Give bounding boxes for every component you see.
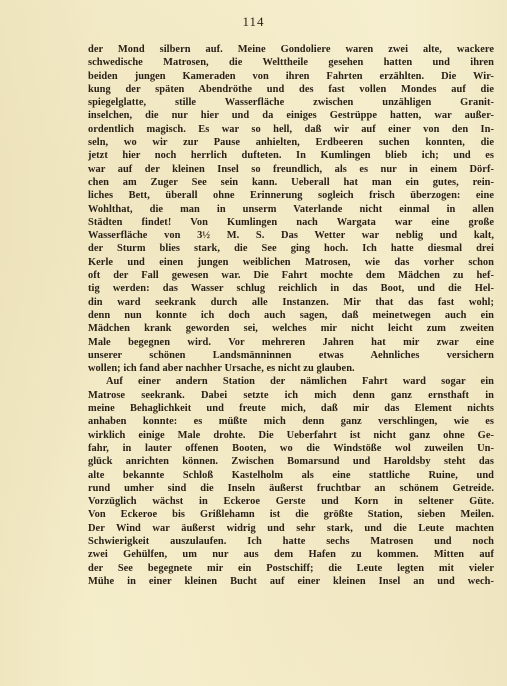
text-line: denn nun konnte ich doch auch sagen, daß… bbox=[88, 309, 494, 322]
text-line: Wohlthat, die man in unserm Vaterlande n… bbox=[88, 203, 494, 216]
text-line: din ward seekrank durch alle Instanzen. … bbox=[88, 296, 494, 309]
text-line: fahr, in lauter offenen Booten, wo die W… bbox=[88, 442, 494, 455]
text-line: kung der späten Abendröthe und des fast … bbox=[88, 83, 494, 96]
text-line: Wasserfläche von 3½ M. S. Das Wetter war… bbox=[88, 229, 494, 242]
text-line: beiden jungen Kameraden von ihren Fahrte… bbox=[88, 70, 494, 83]
text-line: alte bekannte Schloß Kastelholm als eine… bbox=[88, 469, 494, 482]
text-line: Vorzüglich wächst in Eckeroe Gerste und … bbox=[88, 495, 494, 508]
text-line: Matrose seekrank. Dabei setzte ich mich … bbox=[88, 389, 494, 402]
text-line: der See begegnete mir ein Postschiff; di… bbox=[88, 562, 494, 575]
page-number: 114 bbox=[0, 14, 507, 30]
text-line: seln, wo wir zur Pause anhielten, Erdbee… bbox=[88, 136, 494, 149]
text-line: zwei Gehülfen, um nur aus dem Hafen zu k… bbox=[88, 548, 494, 561]
paragraph-start-line: Auf einer andern Station der nämlichen F… bbox=[88, 375, 494, 388]
text-line: anhaben konnte: es müßte mich denn ganz … bbox=[88, 415, 494, 428]
text-line: wirklich einige Male drohte. Die Ueberfa… bbox=[88, 429, 494, 442]
text-line: Schwierigkeit auszulaufen. Ich hatte sec… bbox=[88, 535, 494, 548]
text-line: chen am Zuger See sein kann. Ueberall ha… bbox=[88, 176, 494, 189]
text-line: der Sturm blies stark, die See ging hoch… bbox=[88, 242, 494, 255]
text-line: Von Eckeroe bis Grißlehamn ist die größt… bbox=[88, 508, 494, 521]
text-line: jetzt hier noch herrlich dufteten. In Ku… bbox=[88, 149, 494, 162]
text-line: Mädchen krank geworden sei, welches mir … bbox=[88, 322, 494, 335]
text-line: Male begegnen wird. Vor mehreren Jahren … bbox=[88, 336, 494, 349]
text-line: inselchen, die nur hier und da einiges G… bbox=[88, 109, 494, 122]
text-line: liches Bett, überall ohne Erinnerung sog… bbox=[88, 189, 494, 202]
text-line: rund umher sind die Inseln äußerst fruch… bbox=[88, 482, 494, 495]
text-line: war auf der kleinen Insel so freundlich,… bbox=[88, 163, 494, 176]
text-line: Kerle und einen jungen weiblichen Matros… bbox=[88, 256, 494, 269]
text-line: wollen; ich fand aber nachher Ursache, e… bbox=[88, 362, 494, 375]
text-line: ordentlich magisch. Es war so hell, daß … bbox=[88, 123, 494, 136]
text-line: glück anrichten können. Zwischen Bomarsu… bbox=[88, 455, 494, 468]
text-line: tig werden: das Wasser schlug reichlich … bbox=[88, 282, 494, 295]
text-line: oft der Fall gewesen war. Die Fahrt moch… bbox=[88, 269, 494, 282]
text-line: der Mond silbern auf. Meine Gondoliere w… bbox=[88, 43, 494, 56]
text-line: Mühe in einer kleinen Bucht auf einer kl… bbox=[88, 575, 494, 588]
text-line: unserer schönen Landsmänninnen etwas Aeh… bbox=[88, 349, 494, 362]
text-line: Der Wind war äußerst widrig und sehr sta… bbox=[88, 522, 494, 535]
text-line: schwedische Matrosen, die Welttheile ges… bbox=[88, 56, 494, 69]
text-line: meine Behaglichkeit und freute mich, daß… bbox=[88, 402, 494, 415]
text-line: spiegelglatte, stille Wasserfläche zwisc… bbox=[88, 96, 494, 109]
body-text: der Mond silbern auf. Meine Gondoliere w… bbox=[88, 43, 494, 588]
text-line: Städten findet! Von Kumlingen nach Warga… bbox=[88, 216, 494, 229]
